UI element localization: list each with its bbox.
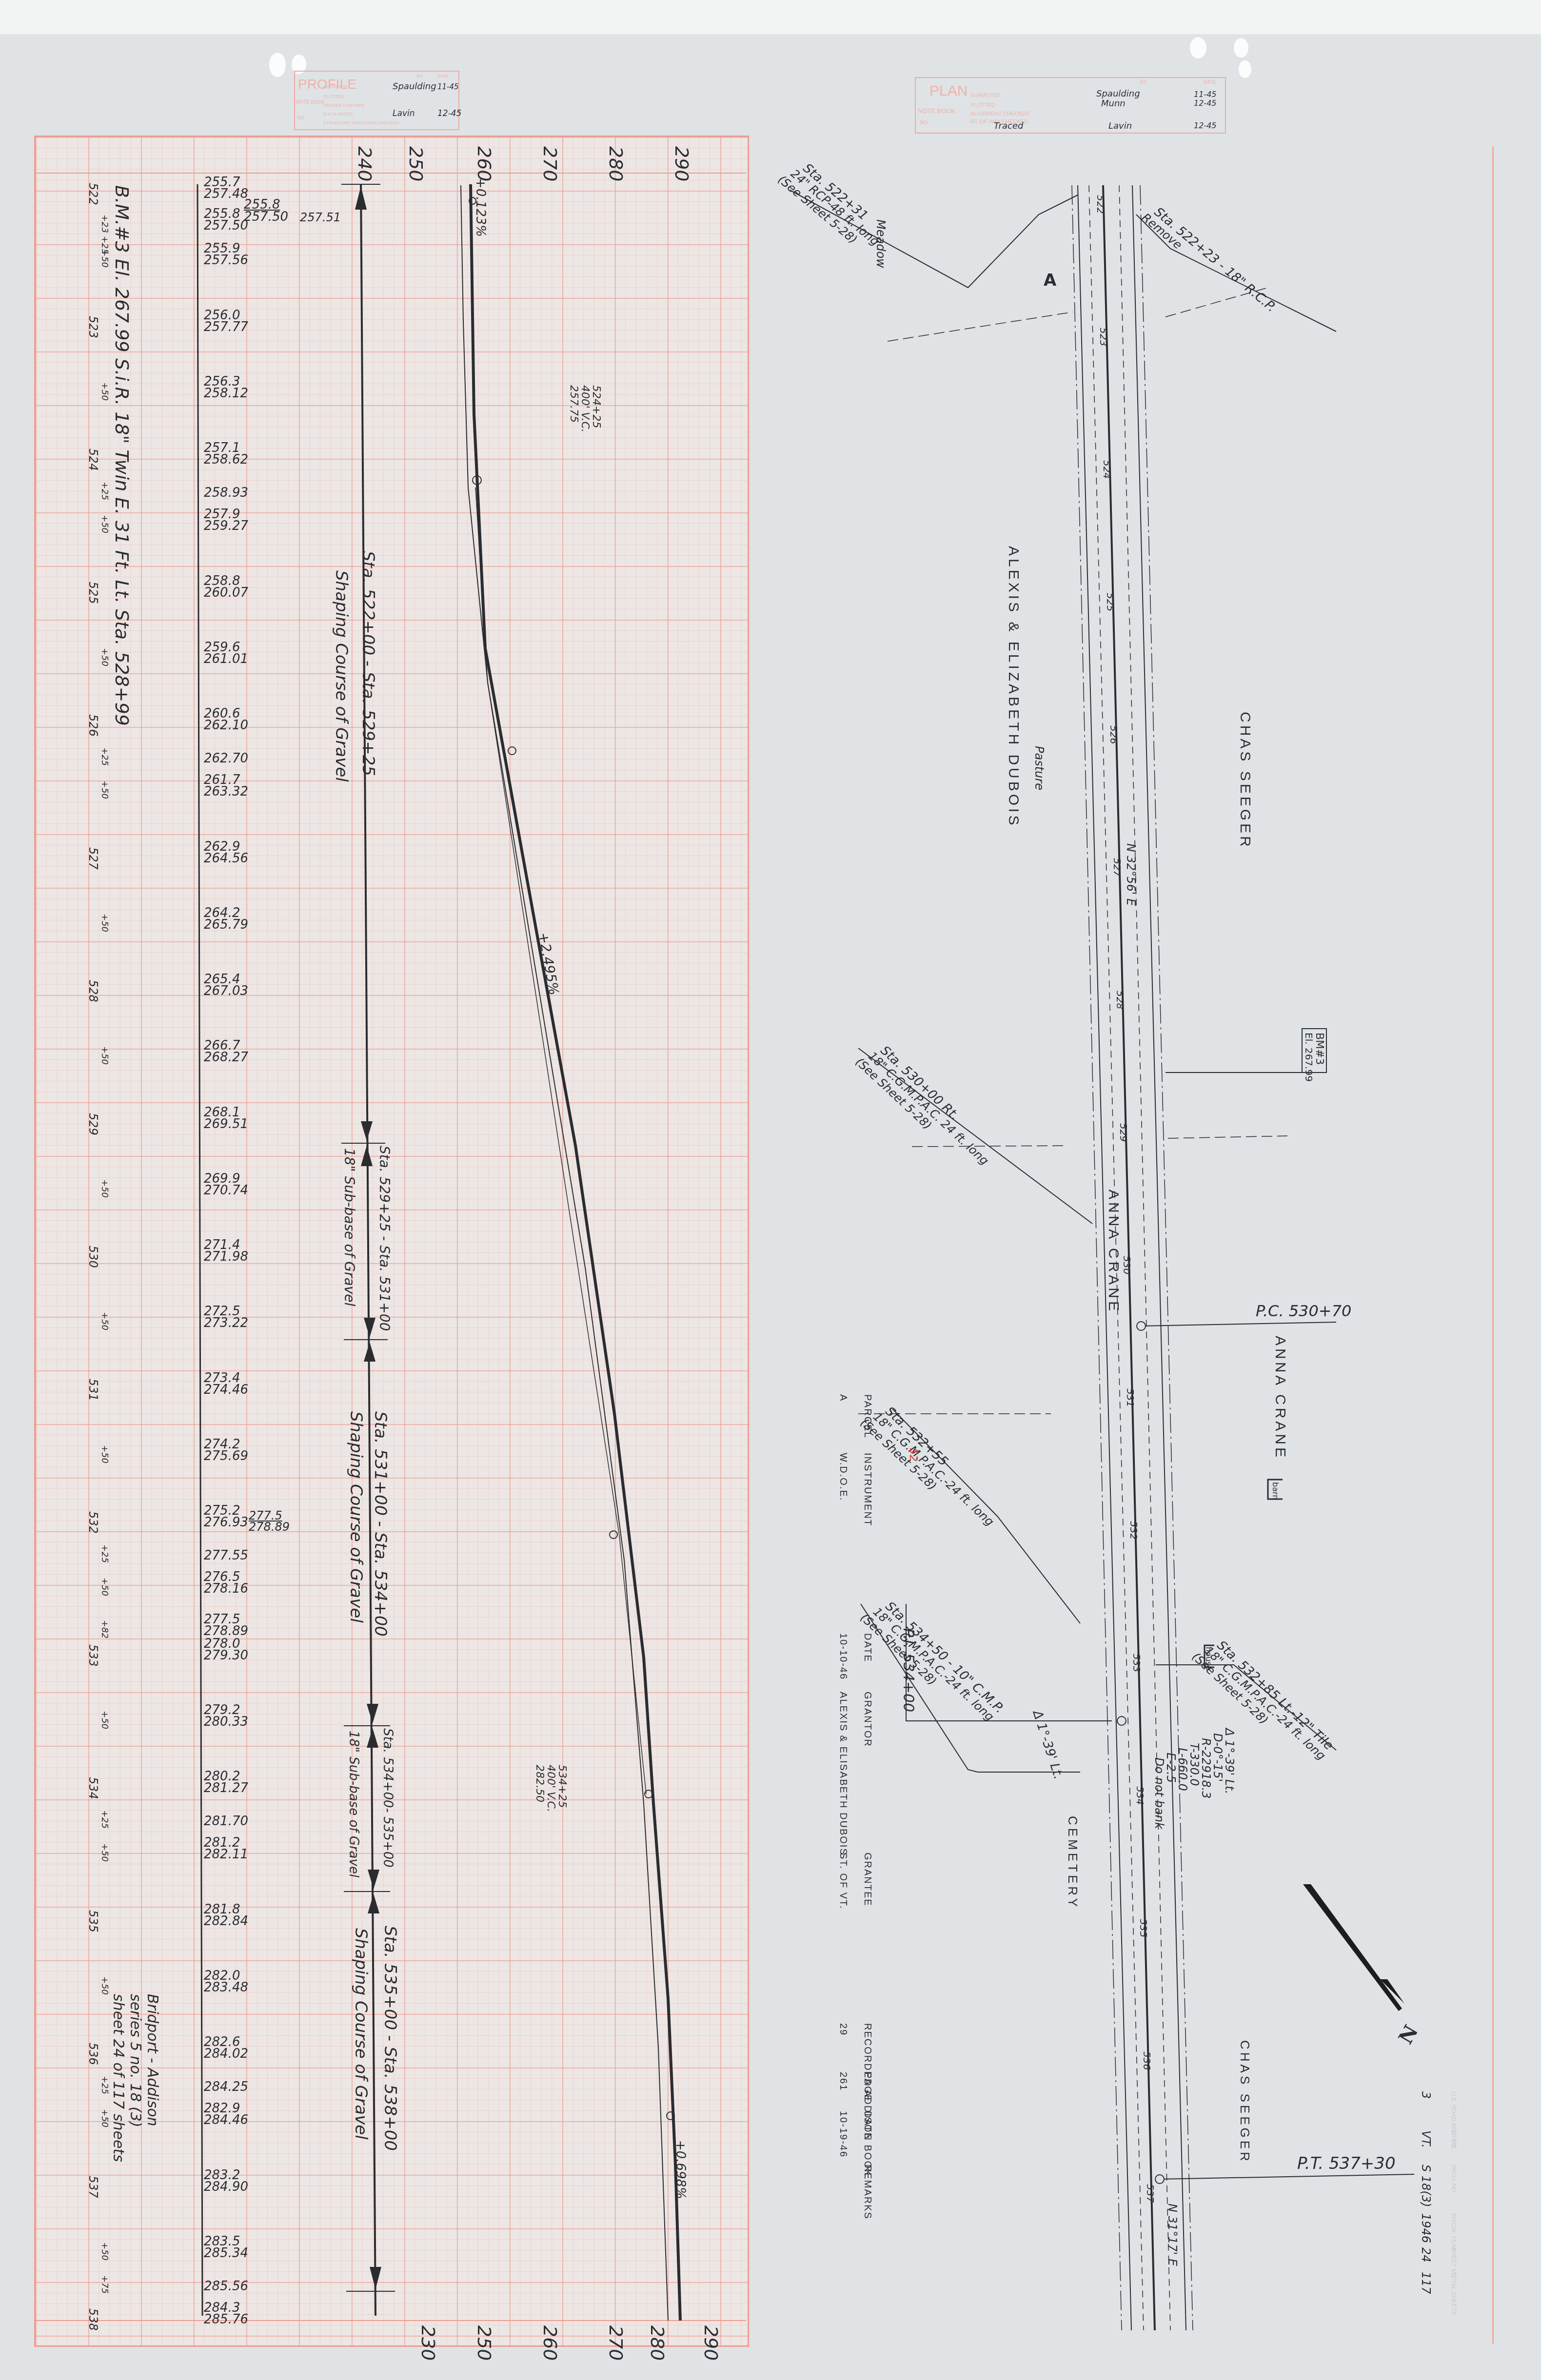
owner-label: ANNA CRANE	[1272, 1336, 1288, 1460]
deed-header: INSTRUMENT	[862, 1453, 873, 1526]
curve-data-line: T-330.0	[1187, 1743, 1201, 1786]
deed-header: GRANTEE	[862, 1853, 873, 1907]
bearing-label: N 31°17' E	[1166, 2204, 1179, 2266]
station-tick: 536	[1141, 2051, 1153, 2070]
deed-header: PAGE	[862, 2072, 873, 2102]
deed-cell: 10-10-46	[837, 1633, 849, 1680]
sheet-id-value: 117	[1419, 2272, 1433, 2294]
deed-cell: ALEXIS & ELISABETH DUBOIS	[837, 1692, 849, 1856]
deed-header: GRANTOR	[862, 1692, 873, 1747]
deed-cell: 261	[837, 2072, 849, 2091]
bearing-label: N 32°56' E	[1124, 843, 1138, 906]
station-tick: 530	[1121, 1256, 1133, 1274]
station-tick: 522	[1095, 195, 1106, 214]
station-tick: 533	[1131, 1654, 1143, 1672]
owner-label: ANNA CRANE	[1105, 1190, 1122, 1314]
sheet-id-value: 1946	[1419, 2213, 1433, 2243]
deed-cell: 10-19-46	[837, 2111, 849, 2158]
curve-data-line: D-0°-15'	[1211, 1733, 1225, 1782]
curve-data-line: L-660.0	[1176, 1748, 1189, 1791]
parcel-marker: A	[1044, 271, 1056, 290]
station-tick: 524	[1101, 460, 1113, 479]
station-tick: 523	[1098, 328, 1109, 346]
sheet-id-header: FISCAL YEAR	[1450, 2213, 1457, 2251]
sheet-id-value: 24	[1419, 2247, 1433, 2263]
deed-cell: 29	[837, 2023, 849, 2036]
sheet-id-value: S 18(3)	[1419, 2165, 1433, 2207]
bm-elev: El. 267.99	[1303, 1033, 1315, 1082]
station-tick: 528	[1114, 991, 1126, 1009]
station-tick: 532	[1128, 1521, 1140, 1540]
deed-cell: W.D.O.E.	[837, 1453, 849, 1501]
owner-label: CEMETERY	[1065, 1816, 1080, 1910]
pc-label: P.C. 530+70	[1256, 1302, 1351, 1320]
sheet-id-value: VT.	[1419, 2130, 1433, 2148]
culvert-correction: 52	[907, 1448, 919, 1462]
curve-data-line: Do not bank	[1152, 1757, 1166, 1829]
station-tick: 529	[1118, 1123, 1129, 1142]
owner-label: ALEXIS & ELIZABETH DUBOIS	[1005, 546, 1022, 828]
curve-data-line: R-22918.3	[1199, 1738, 1213, 1799]
deed-header: DATE	[862, 1633, 873, 1662]
owner-label: CHAS SEEGER	[1237, 2040, 1252, 2164]
curve-data-line: Δ 1°-39' Lt.	[1223, 1728, 1236, 1794]
deed-header: DATE	[862, 2111, 873, 2140]
land-use: Pasture	[1032, 746, 1046, 790]
sheet-id-header: STATE	[1450, 2130, 1457, 2148]
house-label: house	[1204, 1647, 1213, 1670]
sheet-id-value: 3	[1419, 2091, 1433, 2099]
deed-header: REMARKS	[862, 2165, 873, 2220]
sheet-id-header: PROJ. NO.	[1450, 2165, 1457, 2194]
deed-cell: A	[837, 1394, 849, 1402]
deed-cell: ST. OF VT.	[837, 1853, 849, 1910]
station-tick: 535	[1138, 1919, 1149, 1937]
station-tick: 526	[1108, 725, 1120, 744]
station-tick: 537	[1145, 2184, 1156, 2203]
sheet-id-header: TOTAL SHEETS	[1450, 2272, 1457, 2315]
curve-data-line: E-2.5	[1164, 1753, 1178, 1783]
station-tick: 531	[1125, 1388, 1136, 1407]
deed-header: PARCEL	[862, 1394, 873, 1439]
barn-label: barn	[1271, 1482, 1280, 1500]
owner-label: CHAS SEEGER	[1237, 712, 1253, 850]
drawing-sheet: PROFILE NOTE BOOK NO. BY DATE SURVEYED S…	[0, 0, 1541, 2380]
pt-label: P.T. 537+30	[1297, 2154, 1396, 2173]
station-tick: 525	[1105, 593, 1116, 611]
bm-label: BM#3	[1313, 1033, 1325, 1065]
station-tick: 534	[1134, 1786, 1146, 1805]
station-tick: 527	[1111, 858, 1123, 877]
plan-linework	[0, 0, 1541, 2380]
